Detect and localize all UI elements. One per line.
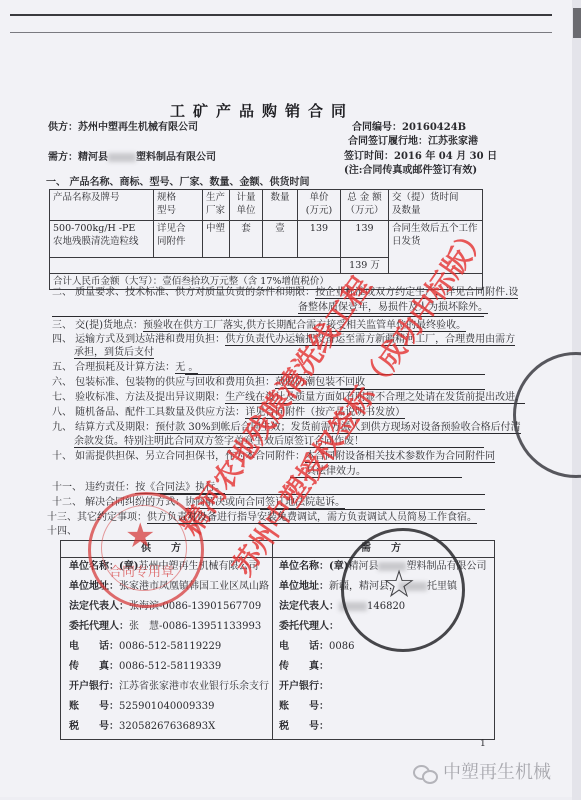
sign-time: 签订时间：2016 年 04 月 30 日: [344, 151, 497, 163]
buyer-field: 委托代理人：: [279, 621, 339, 633]
buyer-name: 精河县: [78, 152, 108, 163]
sign-place: 合同签订履行地：江苏张家港: [348, 136, 478, 148]
clause-14: 十四、: [47, 526, 77, 538]
product-table: 产品名称及牌号 规格 型号 生产 厂家 计量 单位 数量 单价 (万元) 总 金…: [49, 189, 483, 290]
cell-spec: 详见合 同附件: [154, 221, 203, 258]
star-icon: ☆: [382, 565, 416, 603]
buyer-field: 电 话：0086: [279, 641, 354, 653]
header-unit: 计量 单位: [230, 190, 263, 221]
header-qty: 数量: [263, 190, 298, 221]
watermark-text: 中塑再生机械: [443, 762, 551, 783]
buyer-field: 传 真：: [279, 661, 329, 673]
cell-product: 500-700kg/H -PE 农地残膜清洗造粒线: [50, 221, 154, 258]
header-spec: 规格 型号: [154, 190, 203, 221]
page-number: 1: [480, 738, 486, 750]
section1-heading: 一、 产品名称、商标、型号、厂家、数量、金额、供货时间: [46, 177, 309, 189]
top-rule-thin: [10, 32, 552, 33]
wechat-icon: [413, 765, 437, 781]
contract-number: 合同编号：20160424B: [352, 122, 466, 134]
clause-4: 四、 运输方式及到达站港和费用负担：供方负责代办运输把设备运至需方新疆精河工厂，…: [52, 334, 515, 346]
buyer-line: 需方：精河县塑料制品有限公司: [48, 152, 216, 164]
table-row: 500-700kg/H -PE 农地残膜清洗造粒线 详见合 同附件 中塑 套 壹…: [50, 221, 483, 258]
clause-9: 九、 结算方式及期限：预付款 30%到帐后合同生效；发货前需方派人到供方现场对设…: [52, 422, 521, 434]
clause-5: 五、 合理损耗及计算方法：无 。: [52, 362, 198, 374]
fax-note: (注:合同传真或邮件签订有效): [344, 165, 477, 177]
supplier-field: 传 真：0086-512-58119339: [69, 661, 221, 673]
underline: [185, 374, 485, 375]
cell-total: 139: [341, 221, 389, 258]
cell-qty: 壹: [263, 221, 298, 258]
stamp-label: 合同专用章: [109, 561, 174, 580]
header-product: 产品名称及牌号: [50, 190, 154, 221]
top-rule: [10, 14, 552, 16]
supplier-name: 苏州中塑再生机械有限公司: [78, 122, 198, 133]
supplier-field: 电 话：0086-512-58119229: [69, 641, 221, 653]
buyer-field: 开户银行：: [279, 681, 329, 693]
table-header-row: 产品名称及牌号 规格 型号 生产 厂家 计量 单位 数量 单价 (万元) 总 金…: [50, 190, 483, 221]
clause-4-cont: 承担，到货后支付: [74, 347, 154, 359]
binder-clip: [573, 8, 581, 38]
header-total: 总 金 额 （万元）: [341, 190, 389, 221]
clause-6: 六、 包装标准、包装物的供应与回收和费用负担：薄膜防潮包装不回收: [52, 377, 365, 389]
supplier-field: 账 号：525901040009339: [69, 701, 214, 713]
buyer-field: 税 号：: [279, 721, 329, 733]
underline: [74, 447, 484, 448]
buyer-company-stamp: ☆: [341, 528, 465, 652]
subtotal-empty: [50, 258, 341, 274]
clause-10: 十、 如需提供担保、另立合同担保书，作为本合同附件：本合同附设备相关技术参数作为…: [52, 451, 495, 463]
document-title: 工矿产品购销合同: [170, 100, 354, 121]
supplier-line: 供方：苏州中塑再生机械有限公司: [48, 122, 198, 134]
cell-unit: 套: [230, 221, 263, 258]
header-price: 单价 (万元): [298, 190, 341, 221]
header-delivery: 交（提）货时间 及数量: [389, 190, 483, 221]
buyer-field: 账 号：: [279, 701, 329, 713]
redacted: [108, 153, 136, 162]
star-icon: ★: [125, 519, 155, 553]
clause-13: 十三、其它约定事项：供方负责对设备进行指导安装免费调试，需方负责调试人员简易工作…: [47, 512, 477, 524]
supplier-field: 开户银行：江苏省张家港市农业银行乐余支行: [69, 681, 269, 693]
cell-maker: 中塑: [203, 221, 230, 258]
watermark: 中塑再生机械: [413, 758, 551, 784]
supplier-field: 税 号：32058267636893X: [69, 721, 215, 733]
cell-price: 139: [298, 221, 341, 258]
header-maker: 生产 厂家: [203, 190, 230, 221]
supplier-field: 委托代理人：张 慧-0086-13951133993: [69, 621, 261, 633]
signature-divider: [272, 541, 273, 739]
